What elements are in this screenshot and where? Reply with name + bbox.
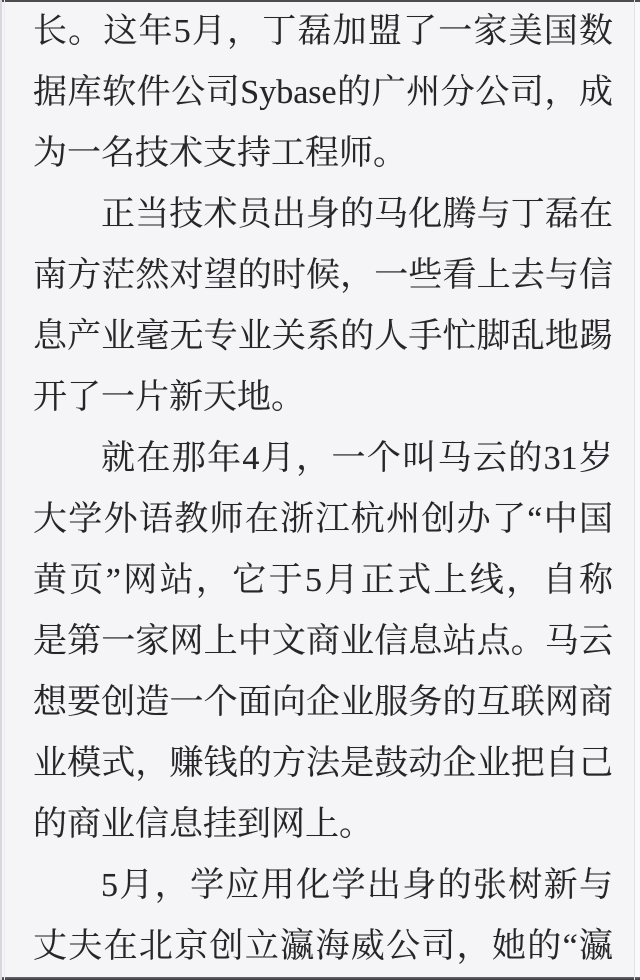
text-line: 黄页”网站，它于5月正式上线，自称 <box>33 550 613 611</box>
text-line: 息产业毫无专业关系的人手忙脚乱地踢 <box>33 306 613 367</box>
text-line: 想要创造一个面向企业服务的互联网商 <box>33 672 613 733</box>
text-line: 大学外语教师在浙江杭州创办了“中国 <box>33 489 613 550</box>
ebook-page: 长。这年5月，丁磊加盟了一家美国数 据库软件公司Sybase的广州分公司，成 为… <box>0 0 640 980</box>
text-line: 据库软件公司Sybase的广州分公司，成 <box>33 62 613 123</box>
text-line: 就在那年4月，一个叫马云的31岁 <box>33 428 613 489</box>
text-line: 业模式，赚钱的方法是鼓动企业把自己 <box>33 733 613 794</box>
page-left-edge-faint <box>4 0 5 980</box>
text-line: 长。这年5月，丁磊加盟了一家美国数 <box>33 1 613 62</box>
text-line: 南方茫然对望的时候，一些看上去与信 <box>33 245 613 306</box>
page-right-edge-line <box>634 0 635 980</box>
text-line: 的商业信息挂到网上。 <box>33 794 613 855</box>
book-page-text: 长。这年5月，丁磊加盟了一家美国数 据库软件公司Sybase的广州分公司，成 为… <box>0 0 640 977</box>
text-line: 丈夫在北京创立瀛海威公司，她的“瀛 <box>33 916 613 977</box>
text-line: 为一名技术支持工程师。 <box>33 123 613 184</box>
text-line: 正当技术员出身的马化腾与丁磊在 <box>33 184 613 245</box>
page-top-edge <box>0 0 640 2</box>
text-line: 开了一片新天地。 <box>33 367 613 428</box>
page-right-edge-strip <box>635 2 640 977</box>
text-line: 是第一家网上中文商业信息站点。马云 <box>33 611 613 672</box>
page-left-edge <box>0 0 2 980</box>
text-line: 5月，学应用化学出身的张树新与 <box>33 855 613 916</box>
